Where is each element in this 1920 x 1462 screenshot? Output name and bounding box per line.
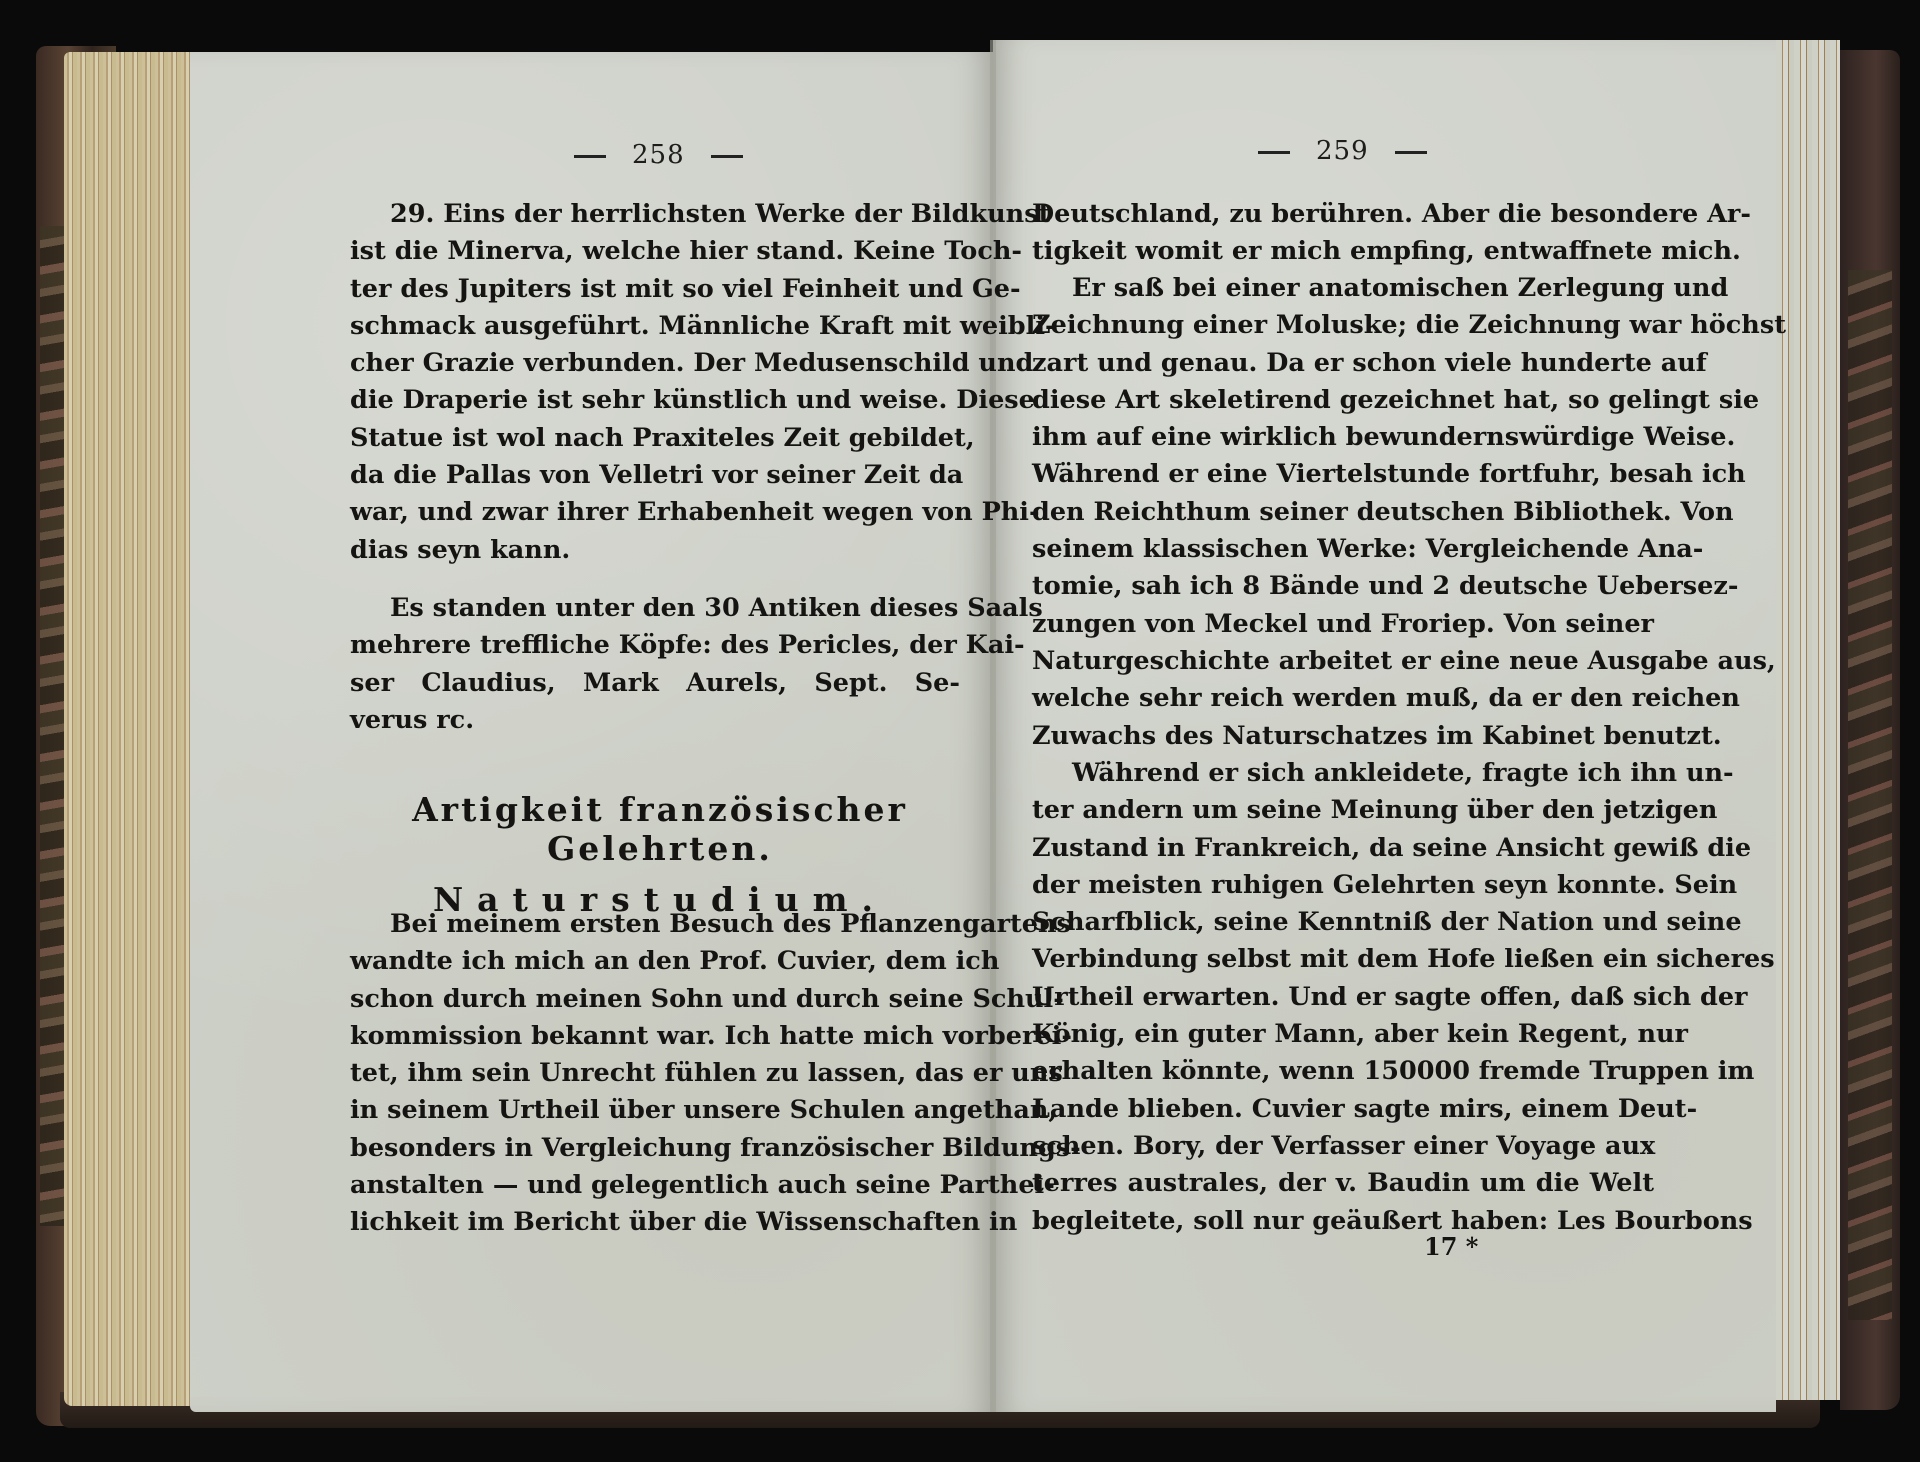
text-line: König, ein guter Mann, aber kein Regent,…	[1032, 1016, 1654, 1053]
text-line: Bei meinem ersten Besuch des Pflanzengar…	[350, 906, 960, 943]
text-line: lichkeit im Bericht über die Wissenschaf…	[350, 1204, 960, 1241]
text-line: ser Claudius, Mark Aurels, Sept. Se-	[350, 665, 960, 702]
text-line: besonders in Vergleichung französischer …	[350, 1130, 960, 1167]
dash-ornament	[1395, 151, 1427, 154]
text-line: in seinem Urtheil über unsere Schulen an…	[350, 1092, 960, 1129]
page-block-edge-right	[1776, 40, 1840, 1400]
text-line: zart und genau. Da er schon viele hunder…	[1032, 345, 1654, 382]
left-paragraph-2: Es standen unter den 30 Antiken dieses S…	[350, 590, 960, 739]
text-line: erhalten könnte, wenn 150000 fremde Trup…	[1032, 1053, 1654, 1090]
text-line: tet, ihm sein Unrecht fühlen zu lassen, …	[350, 1055, 960, 1092]
right-paragraph-2: Er saß bei einer anatomischen Zerlegung …	[1032, 270, 1654, 755]
section-heading-title: Artigkeit französischer Gelehrten.	[350, 790, 970, 868]
text-line: schen. Bory, der Verfasser einer Voyage …	[1032, 1128, 1654, 1165]
text-line: Er saß bei einer anatomischen Zerlegung …	[1032, 270, 1654, 307]
text-line: war, und zwar ihrer Erhabenheit wegen vo…	[350, 494, 960, 531]
text-line: Deutschland, zu berühren. Aber die beson…	[1032, 196, 1654, 233]
text-line: ihm auf eine wirklich bewundernswürdige …	[1032, 419, 1654, 456]
text-line: seinem klassischen Werke: Vergleichende …	[1032, 531, 1654, 568]
text-line: schmack ausgeführt. Männliche Kraft mit …	[350, 308, 960, 345]
section-heading: Artigkeit französischer Gelehrten. Natur…	[350, 790, 970, 919]
text-line: cher Grazie verbunden. Der Medusenschild…	[350, 345, 960, 382]
text-line: dias seyn kann.	[350, 532, 960, 569]
text-line: 29. Eins der herrlichsten Werke der Bild…	[350, 196, 960, 233]
page-number-text: 258	[632, 140, 685, 170]
text-line: schon durch meinen Sohn und durch seine …	[350, 981, 960, 1018]
text-line: diese Art skeletirend gezeichnet hat, so…	[1032, 382, 1654, 419]
text-line: welche sehr reich werden muß, da er den …	[1032, 680, 1654, 717]
text-line: Zustand in Frankreich, da seine Ansicht …	[1032, 830, 1654, 867]
text-line: Statue ist wol nach Praxiteles Zeit gebi…	[350, 420, 960, 457]
text-line: ter des Jupiters ist mit so viel Feinhei…	[350, 271, 960, 308]
text-line: Verbindung selbst mit dem Hofe ließen ei…	[1032, 941, 1654, 978]
left-paragraph-3: Bei meinem ersten Besuch des Pflanzengar…	[350, 906, 960, 1242]
text-line: zungen von Meckel und Froriep. Von seine…	[1032, 606, 1654, 643]
text-line: wandte ich mich an den Prof. Cuvier, dem…	[350, 943, 960, 980]
text-line: Während er eine Viertelstunde fortfuhr, …	[1032, 456, 1654, 493]
text-line: da die Pallas von Velletri vor seiner Ze…	[350, 457, 960, 494]
text-line: mehrere treffliche Köpfe: des Pericles, …	[350, 627, 960, 664]
text-line: tigkeit womit er mich empfing, entwaffne…	[1032, 233, 1654, 270]
text-line: Es standen unter den 30 Antiken dieses S…	[350, 590, 960, 627]
text-line: Lande blieben. Cuvier sagte mirs, einem …	[1032, 1091, 1654, 1128]
text-line: anstalten — und gelegentlich auch seine …	[350, 1167, 960, 1204]
text-line: tomie, sah ich 8 Bände und 2 deutsche Ue…	[1032, 568, 1654, 605]
text-line: Zeichnung einer Moluske; die Zeichnung w…	[1032, 307, 1654, 344]
text-line: ter andern um seine Meinung über den jet…	[1032, 792, 1654, 829]
right-paragraph-1: Deutschland, zu berühren. Aber die beson…	[1032, 196, 1654, 271]
text-line: die Draperie ist sehr künstlich und weis…	[350, 382, 960, 419]
dash-ornament	[574, 155, 606, 158]
text-line: der meisten ruhigen Gelehrten seyn konnt…	[1032, 867, 1654, 904]
text-line: kommission bekannt war. Ich hatte mich v…	[350, 1018, 960, 1055]
right-paragraph-3: Während er sich ankleidete, fragte ich i…	[1032, 755, 1654, 1240]
text-line: den Reichthum seiner deutschen Bibliothe…	[1032, 494, 1654, 531]
text-line: terres australes, der v. Baudin um die W…	[1032, 1165, 1654, 1202]
page-number-text: 259	[1316, 136, 1369, 166]
text-line: ist die Minerva, welche hier stand. Kein…	[350, 233, 960, 270]
dash-ornament	[1258, 151, 1290, 154]
text-line: Während er sich ankleidete, fragte ich i…	[1032, 755, 1654, 792]
page-block-edge-left	[64, 52, 190, 1406]
left-page-number: 258	[548, 140, 769, 170]
text-line: verus rc.	[350, 702, 960, 739]
text-line: Scharfblick, seine Kenntniß der Nation u…	[1032, 904, 1654, 941]
right-page-number: 259	[1232, 136, 1453, 166]
text-line: Urtheil erwarten. Und er sagte offen, da…	[1032, 979, 1654, 1016]
left-paragraph-1: 29. Eins der herrlichsten Werke der Bild…	[350, 196, 960, 569]
dash-ornament	[711, 155, 743, 158]
printer-signature-mark: 17 *	[1424, 1232, 1478, 1261]
book-cover-right	[1840, 50, 1900, 1410]
text-line: Zuwachs des Naturschatzes im Kabinet ben…	[1032, 718, 1654, 755]
text-line: begleitete, soll nur geäußert haben: Les…	[1032, 1203, 1654, 1240]
text-line: Naturgeschichte arbeitet er eine neue Au…	[1032, 643, 1654, 680]
